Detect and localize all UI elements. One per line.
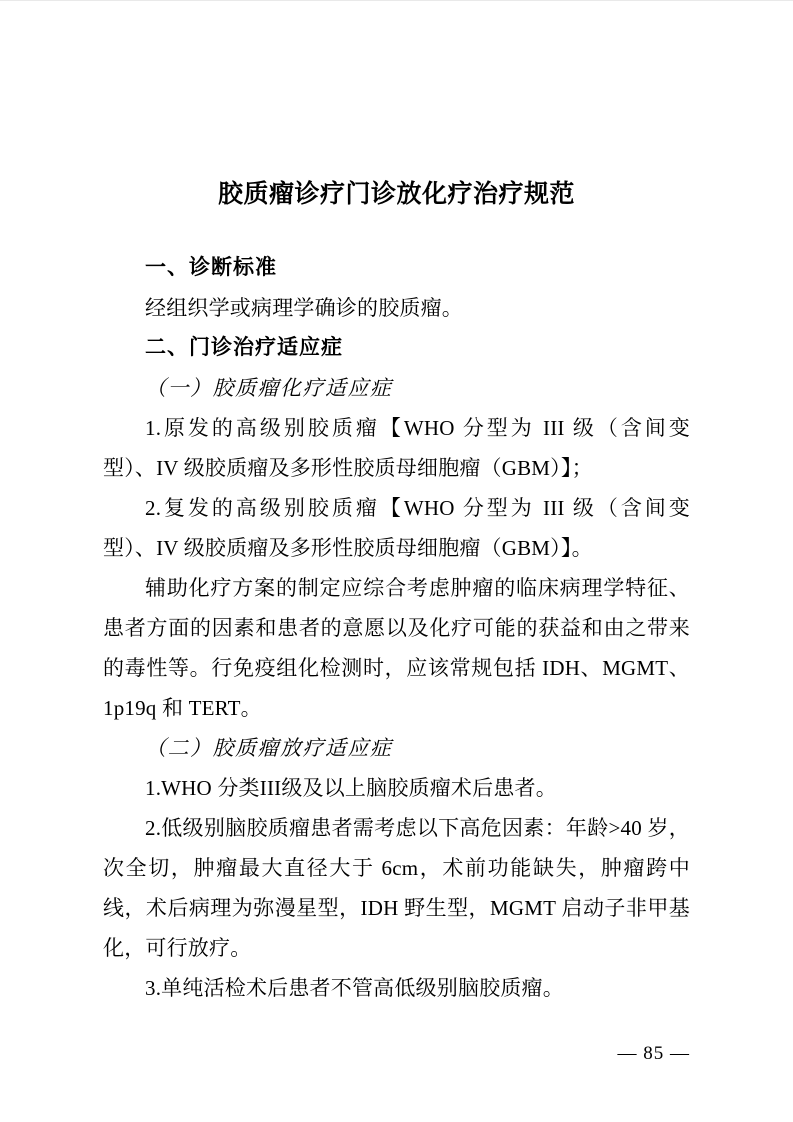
page-number: — 85 —	[618, 1034, 691, 1074]
body-line: 2.复发的高级别胶质瘤【WHO 分型为 III 级（含间变	[103, 488, 690, 528]
section-heading: 二、门诊治疗适应症	[103, 328, 690, 368]
paragraph: 经组织学或病理学确诊的胶质瘤。	[103, 288, 690, 328]
body-line: 辅助化疗方案的制定应综合考虑肿瘤的临床病理学特征、	[103, 568, 690, 608]
paragraph: 1.WHO 分类III级及以上脑胶质瘤术后患者。	[103, 768, 690, 808]
body-line: 1.WHO 分类III级及以上脑胶质瘤术后患者。	[103, 768, 690, 808]
paragraph: 辅助化疗方案的制定应综合考虑肿瘤的临床病理学特征、患者方面的因素和患者的意愿以及…	[103, 568, 690, 728]
body-line: 1p19q 和 TERT。	[103, 688, 690, 728]
body-line: 1.原发的高级别胶质瘤【WHO 分型为 III 级（含间变	[103, 408, 690, 448]
document-page: 胶质瘤诊疗门诊放化疗治疗规范 一、诊断标准经组织学或病理学确诊的胶质瘤。二、门诊…	[0, 0, 793, 1122]
subsection-heading: （二）胶质瘤放疗适应症	[103, 728, 690, 768]
body-line: 经组织学或病理学确诊的胶质瘤。	[103, 288, 690, 328]
body-line: 型）、IV 级胶质瘤及多形性胶质母细胞瘤（GBM）】。	[103, 528, 690, 568]
body-line: 患者方面的因素和患者的意愿以及化疗可能的获益和由之带来	[103, 608, 690, 648]
document-title: 胶质瘤诊疗门诊放化疗治疗规范	[103, 180, 690, 210]
document-body: 一、诊断标准经组织学或病理学确诊的胶质瘤。二、门诊治疗适应症（一）胶质瘤化疗适应…	[103, 248, 690, 1008]
paragraph: 1.原发的高级别胶质瘤【WHO 分型为 III 级（含间变型）、IV 级胶质瘤及…	[103, 408, 690, 488]
body-line: 化，可行放疗。	[103, 928, 690, 968]
body-line: 型）、IV 级胶质瘤及多形性胶质母细胞瘤（GBM）】；	[103, 448, 690, 488]
body-line: 3.单纯活检术后患者不管高低级别脑胶质瘤。	[103, 968, 690, 1008]
body-line: 次全切，肿瘤最大直径大于 6cm，术前功能缺失，肿瘤跨中	[103, 848, 690, 888]
paragraph: 2.复发的高级别胶质瘤【WHO 分型为 III 级（含间变型）、IV 级胶质瘤及…	[103, 488, 690, 568]
document-content: 胶质瘤诊疗门诊放化疗治疗规范 一、诊断标准经组织学或病理学确诊的胶质瘤。二、门诊…	[103, 1, 690, 1008]
body-line: 线，术后病理为弥漫星型，IDH 野生型，MGMT 启动子非甲基	[103, 888, 690, 928]
paragraph: 2.低级别脑胶质瘤患者需考虑以下高危因素：年龄>40 岁，次全切，肿瘤最大直径大…	[103, 808, 690, 968]
section-heading: 一、诊断标准	[103, 248, 690, 288]
body-line: 的毒性等。行免疫组化检测时，应该常规包括 IDH、MGMT、	[103, 648, 690, 688]
subsection-heading: （一）胶质瘤化疗适应症	[103, 368, 690, 408]
body-line: 2.低级别脑胶质瘤患者需考虑以下高危因素：年龄>40 岁，	[103, 808, 690, 848]
paragraph: 3.单纯活检术后患者不管高低级别脑胶质瘤。	[103, 968, 690, 1008]
